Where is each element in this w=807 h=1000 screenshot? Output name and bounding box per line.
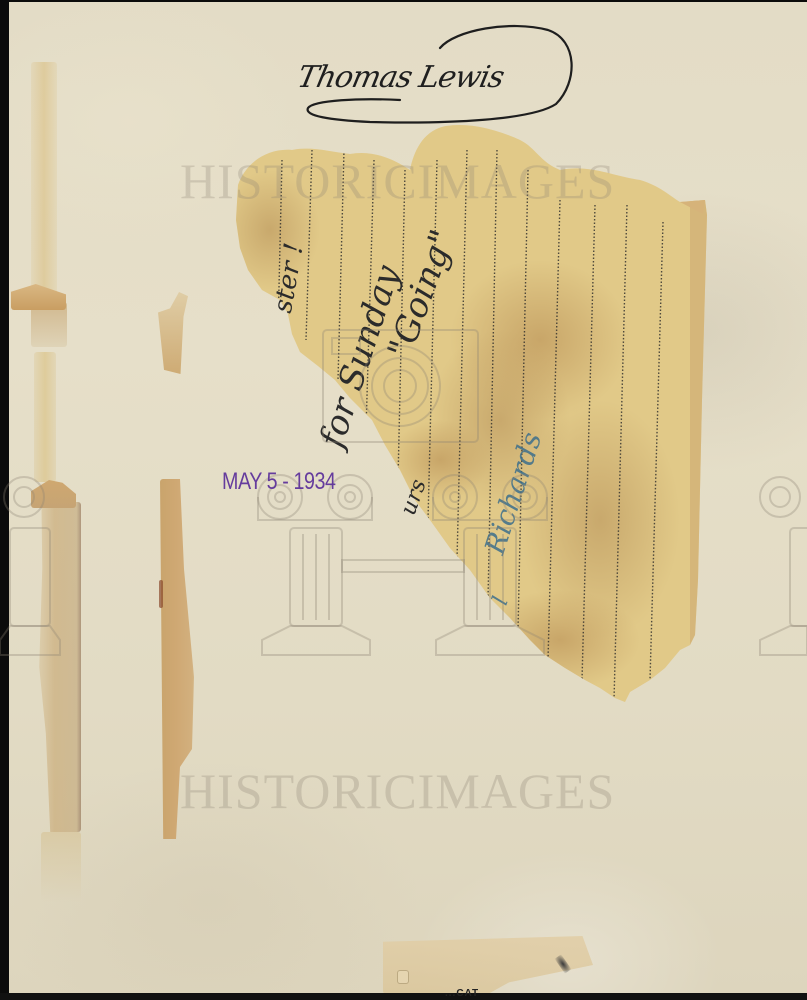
glue-residue-left-upper <box>31 62 57 302</box>
bottom-edge-text: ...CAT <box>445 988 479 999</box>
scan-bottom-edge <box>0 993 807 1000</box>
watermark-text-bottom: HistoricImages <box>180 762 615 820</box>
glue-residue-left-mid <box>34 352 56 482</box>
scanned-photo-back: ster ! for Sunday "Going" urs Richards l <box>0 0 807 1000</box>
tape-tab-left <box>11 284 66 310</box>
tape-edge-stain <box>159 580 163 608</box>
tape-square-mark <box>397 970 409 984</box>
tape-strip-left-lower <box>37 502 81 832</box>
glue-residue-mid-upper <box>158 292 188 374</box>
signature-block: Thomas Lewis <box>280 22 580 132</box>
signature-text: Thomas Lewis <box>294 60 506 95</box>
glue-residue-left-bottom <box>41 832 81 902</box>
watermark-text-top: HistoricImages <box>180 152 615 210</box>
tape-tab-left-lower <box>31 480 76 508</box>
date-stamp: MAY 5 - 1934 <box>222 468 336 496</box>
